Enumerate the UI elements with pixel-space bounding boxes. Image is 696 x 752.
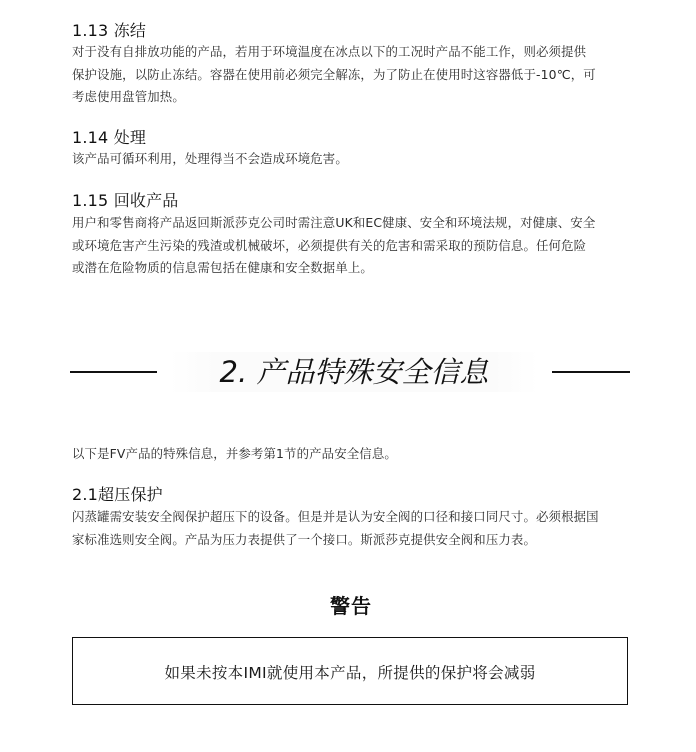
section-heading-1-14: 1.14 处理 — [72, 128, 146, 148]
section-body-2-1: 闪蒸罐需安装安全阀保护超压下的设备。但是并是认为安全阀的口径和接口同尺寸。必须根… — [72, 506, 632, 551]
body-line: 对于没有自排放功能的产品，若用于环境温度在冰点以下的工况时产品不能工作，则必须提… — [72, 41, 632, 64]
chapter-title: 2. 产品特殊安全信息 — [170, 352, 538, 392]
section-body-1-13: 对于没有自排放功能的产品，若用于环境温度在冰点以下的工况时产品不能工作，则必须提… — [72, 41, 632, 109]
warning-title: 警告 — [0, 593, 696, 619]
section-body-1-15: 用户和零售商将产品返回斯派莎克公司时需注意UK和EC健康、安全和环境法规，对健康… — [72, 212, 632, 280]
warning-box: 如果未按本IMI就使用本产品，所提供的保护将会减弱 — [72, 637, 628, 705]
body-line: 考虑使用盘管加热。 — [72, 86, 632, 109]
body-line: 用户和零售商将产品返回斯派莎克公司时需注意UK和EC健康、安全和环境法规，对健康… — [72, 212, 632, 235]
divider-rule-left — [70, 371, 157, 373]
chapter-intro: 以下是FV产品的特殊信息，并参考第1节的产品安全信息。 — [72, 443, 632, 466]
body-line: 家标准选则安全阀。产品为压力表提供了一个接口。斯派莎克提供安全阀和压力表。 — [72, 529, 632, 552]
body-line: 闪蒸罐需安装安全阀保护超压下的设备。但是并是认为安全阀的口径和接口同尺寸。必须根… — [72, 506, 632, 529]
section-heading-1-13: 1.13 冻结 — [72, 21, 146, 41]
body-line: 保护设施，以防止冻结。容器在使用前必须完全解冻，为了防止在使用时这容器低于-10… — [72, 64, 632, 87]
section-heading-1-15: 1.15 回收产品 — [72, 191, 179, 211]
warning-text: 如果未按本IMI就使用本产品，所提供的保护将会减弱 — [164, 661, 535, 683]
body-line: 以下是FV产品的特殊信息，并参考第1节的产品安全信息。 — [72, 443, 632, 466]
section-heading-2-1: 2.1超压保护 — [72, 485, 163, 505]
divider-rule-right — [552, 371, 630, 373]
section-body-1-14: 该产品可循环利用，处理得当不会造成环境危害。 — [72, 148, 632, 171]
document-page: 1.13 冻结 对于没有自排放功能的产品，若用于环境温度在冰点以下的工况时产品不… — [0, 0, 696, 752]
body-line: 或环境危害产生污染的残渣或机械破坏，必须提供有关的危害和需采取的预防信息。任何危… — [72, 235, 632, 258]
chapter-heading-band: 2. 产品特殊安全信息 — [0, 350, 696, 394]
body-line: 或潜在危险物质的信息需包括在健康和安全数据单上。 — [72, 257, 632, 280]
body-line: 该产品可循环利用，处理得当不会造成环境危害。 — [72, 148, 632, 171]
